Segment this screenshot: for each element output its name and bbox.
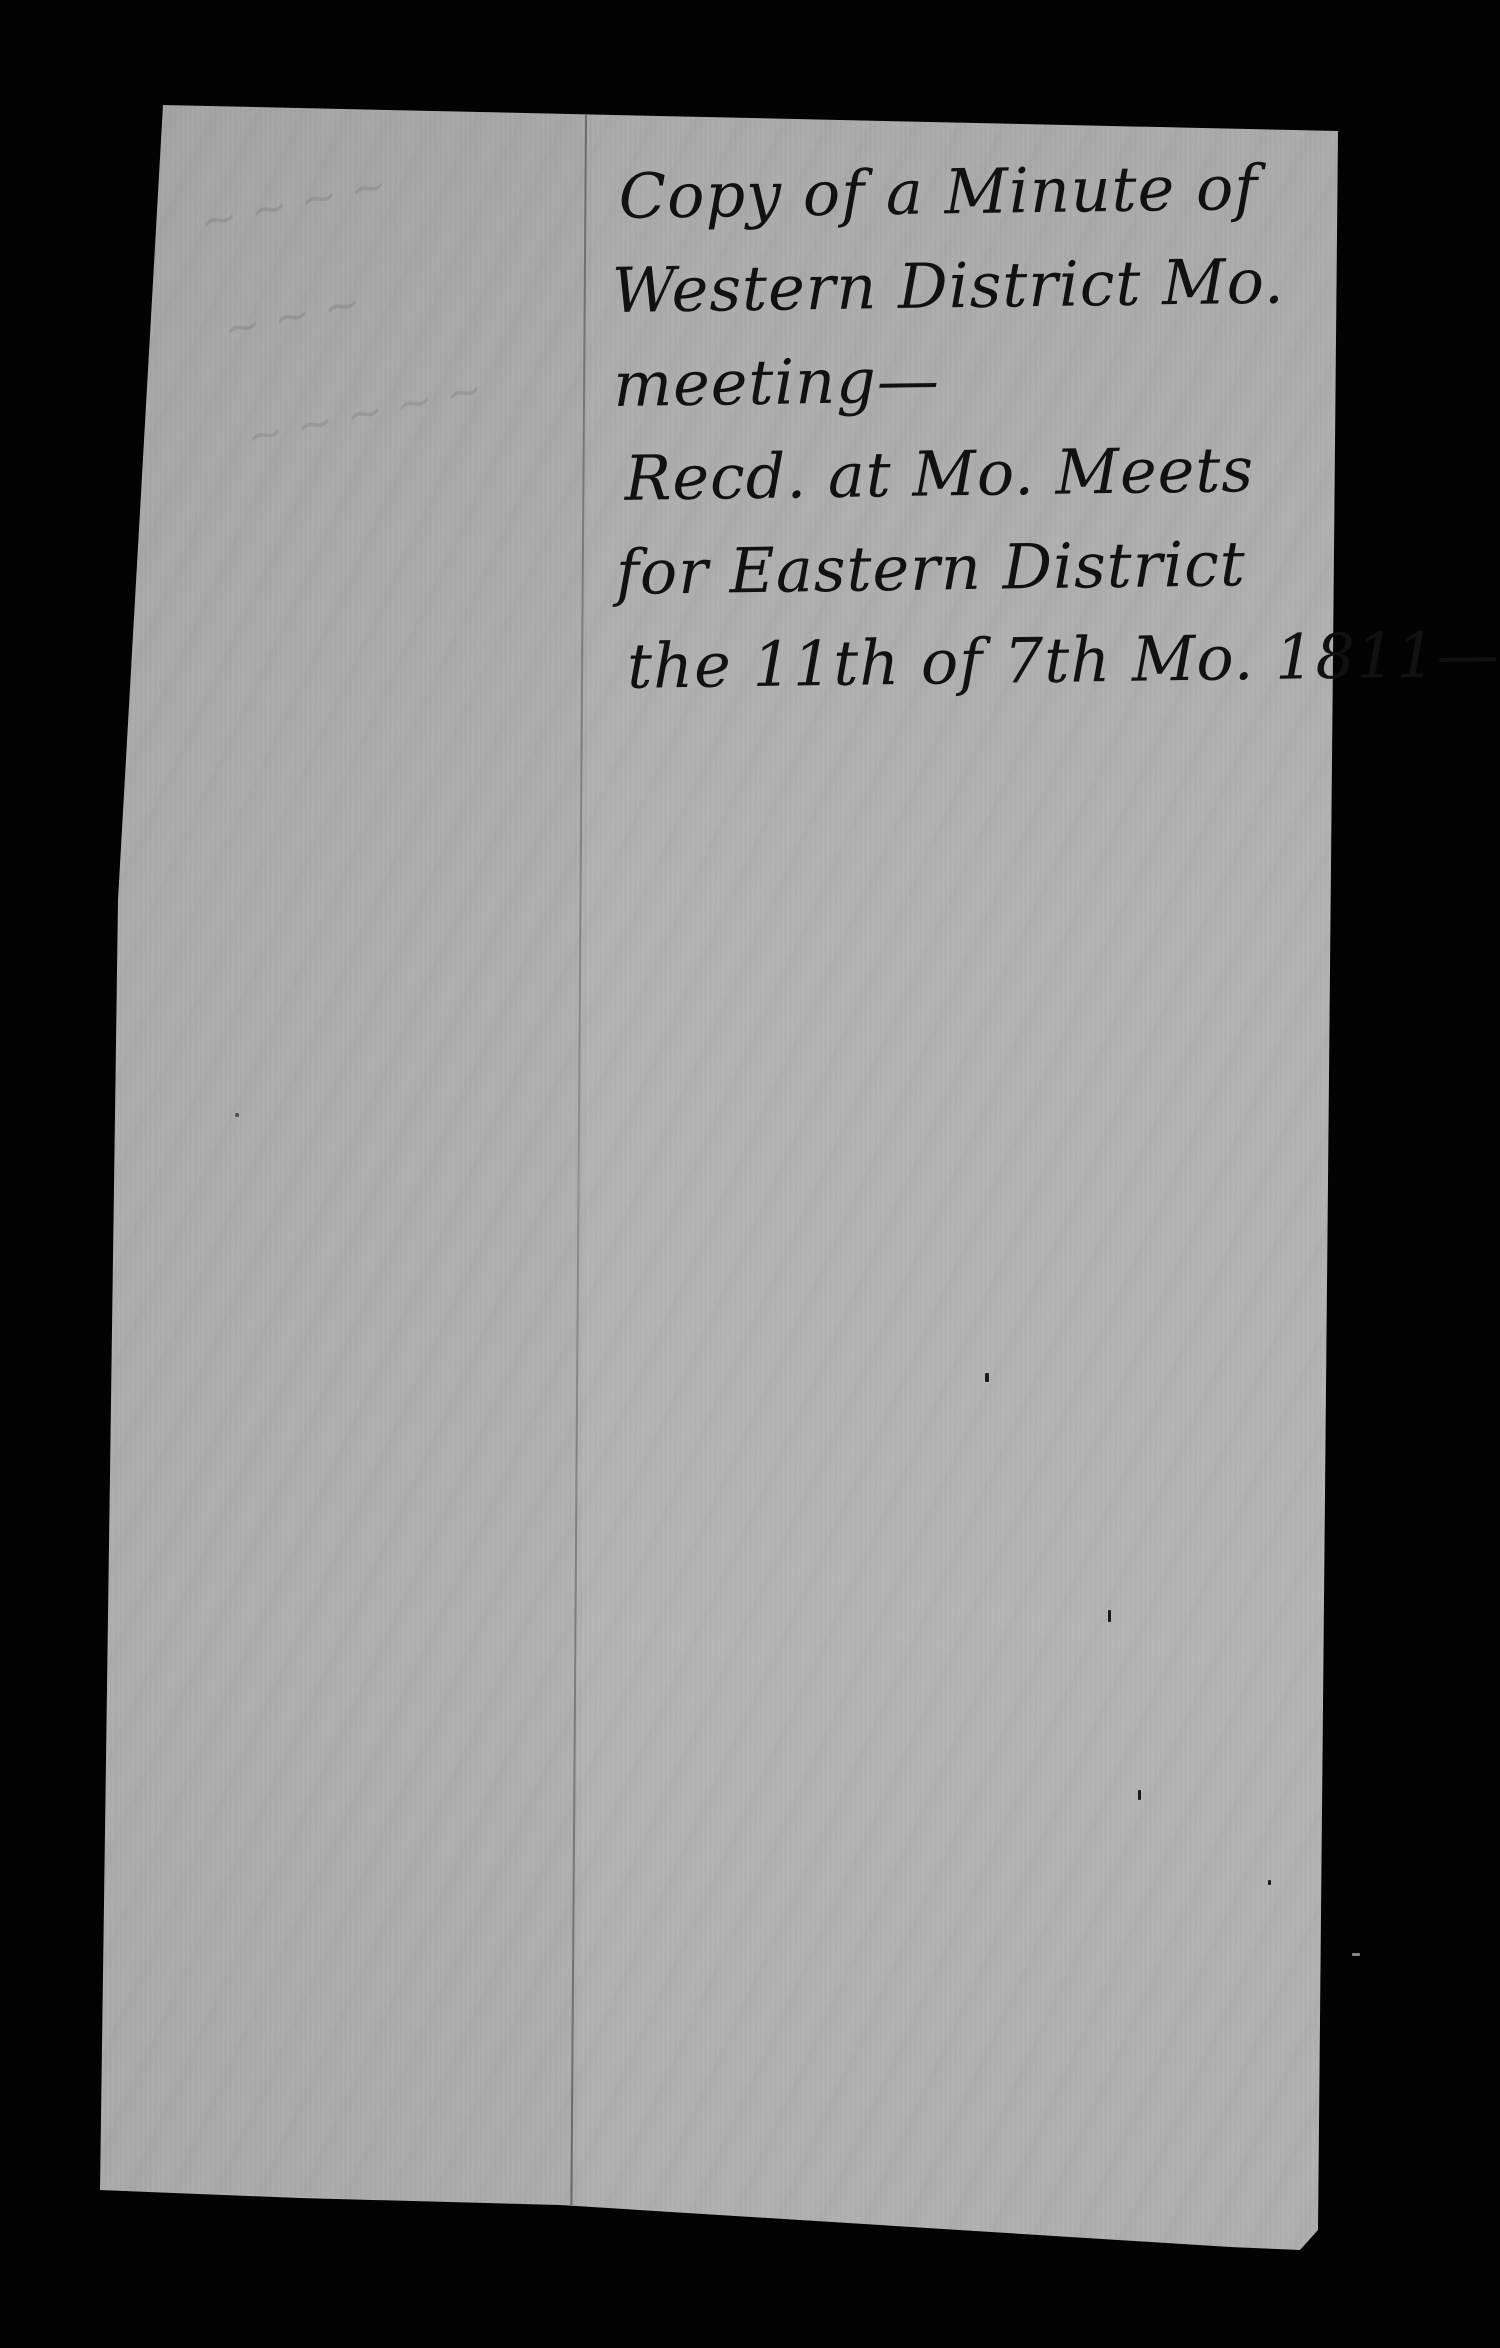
docket-line-received: Recd. at Mo. Meets xyxy=(624,422,1335,526)
docket-line-meeting: meeting— xyxy=(613,328,1334,432)
docket-line-eastern-district: for Eastern District xyxy=(615,516,1336,620)
docket-line-title: Copy of a Minute of xyxy=(618,140,1331,244)
ink-speck xyxy=(235,1113,239,1117)
ink-speck xyxy=(1268,1880,1271,1885)
docket-endorsement: Copy of a Minute of Western District Mo.… xyxy=(610,140,1338,714)
ink-speck xyxy=(985,1373,989,1382)
docket-line-district: Western District Mo. xyxy=(611,234,1332,338)
dust-speck xyxy=(1352,1953,1360,1956)
ink-speck xyxy=(1108,1610,1111,1622)
ink-speck xyxy=(1138,1790,1141,1800)
docket-line-date: the 11th of 7th Mo. 1811— xyxy=(627,610,1338,714)
